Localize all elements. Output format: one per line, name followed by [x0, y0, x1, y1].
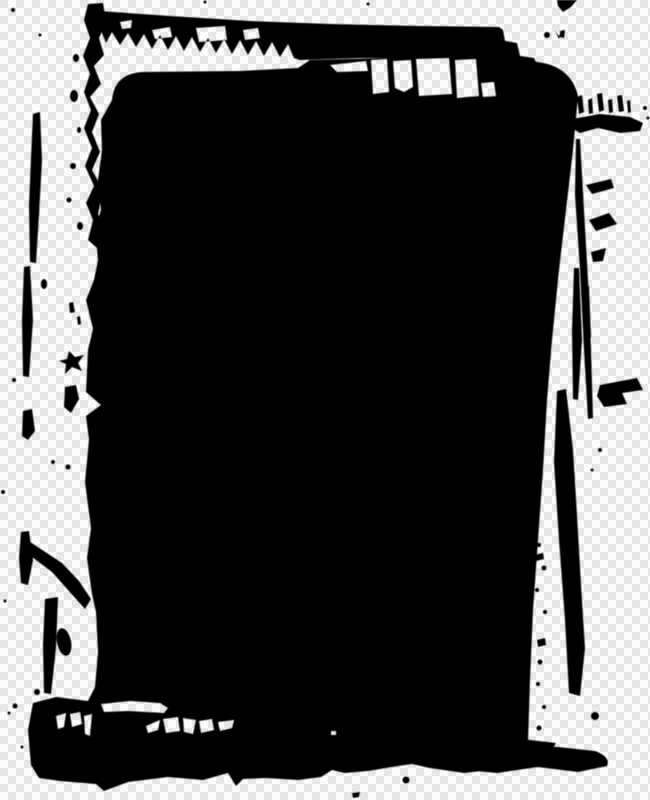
grunge-frame-graphic	[0, 0, 650, 800]
ink-speck	[537, 726, 542, 731]
ink-speck	[39, 34, 42, 37]
ink-speck	[367, 3, 370, 6]
ink-speck	[643, 106, 647, 110]
ink-speck	[1, 490, 5, 494]
ink-speck	[13, 704, 18, 709]
ink-speck	[8, 712, 11, 715]
ink-speck	[591, 712, 599, 720]
ink-speck	[11, 8, 15, 12]
ink-speck	[70, 90, 78, 102]
ink-speck	[543, 610, 547, 614]
ink-speck	[403, 777, 410, 784]
transparency-canvas	[0, 0, 650, 800]
ink-speck	[542, 705, 546, 709]
ink-speck	[535, 588, 539, 592]
main-ink-body	[28, 57, 578, 791]
ink-speck	[204, 1, 207, 4]
ink-speck	[67, 198, 72, 203]
ink-speck	[537, 543, 541, 547]
ink-speck	[12, 378, 16, 382]
ink-speck	[544, 32, 550, 38]
ink-speck	[538, 660, 543, 665]
ink-speck	[73, 54, 79, 62]
ink-speck	[536, 682, 540, 686]
ink-speck	[70, 163, 76, 169]
ink-speck	[77, 222, 83, 230]
ink-speck	[591, 469, 594, 472]
ink-speck	[66, 465, 71, 470]
ink-speck	[647, 117, 650, 120]
ink-speck	[598, 448, 602, 452]
ink-speck	[542, 566, 547, 571]
ink-speck	[21, 746, 24, 749]
ink-speck	[51, 460, 55, 464]
ink-speck	[41, 279, 47, 289]
ink-speck	[4, 600, 7, 603]
ink-speck	[34, 689, 40, 695]
ink-speck	[77, 127, 81, 133]
